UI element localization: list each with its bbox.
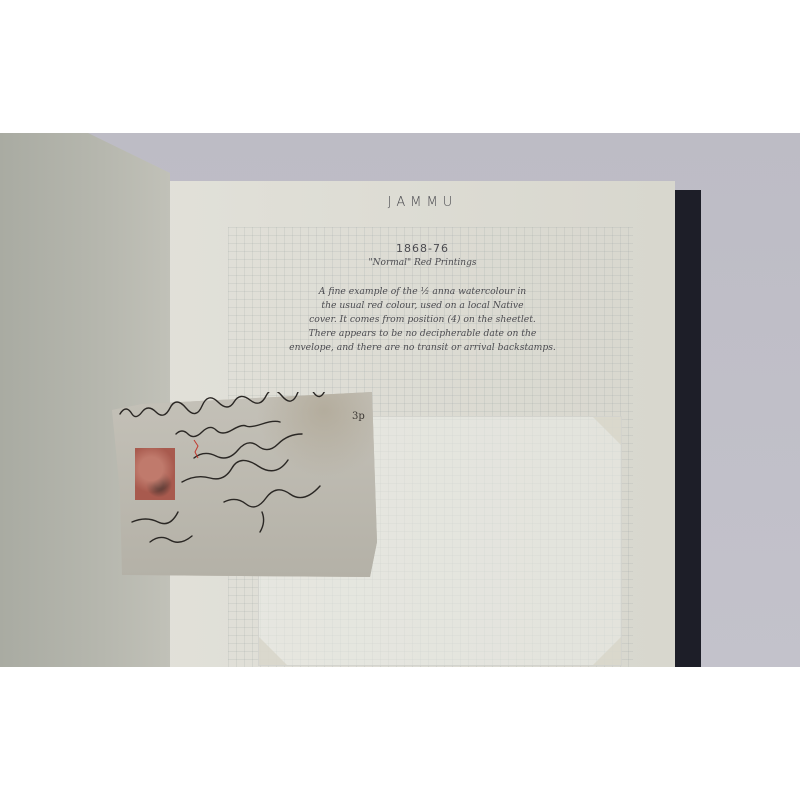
description-line: There appears to be no decipherable date…	[170, 327, 675, 341]
photo: JAMMU 1868-76 "Normal" Red Printings A f…	[0, 133, 800, 667]
page-subtitle: "Normal" Red Printings	[170, 258, 675, 268]
mount-corner	[593, 417, 621, 445]
description-line: cover. It comes from position (4) on the…	[170, 313, 675, 327]
album-board	[675, 190, 701, 667]
cover-handwriting	[112, 392, 377, 577]
mount-corner	[259, 637, 287, 665]
description: A fine example of the ½ anna watercolour…	[170, 285, 675, 355]
description-line: envelope, and there are no transit or ar…	[170, 341, 675, 355]
page-title: JAMMU	[170, 195, 675, 210]
cover-docket: 3p	[352, 411, 365, 422]
page-years: 1868-76	[170, 242, 675, 255]
description-line: the usual red colour, used on a local Na…	[170, 299, 675, 313]
description-line: A fine example of the ½ anna watercolour…	[170, 285, 675, 299]
mount-corner	[593, 637, 621, 665]
